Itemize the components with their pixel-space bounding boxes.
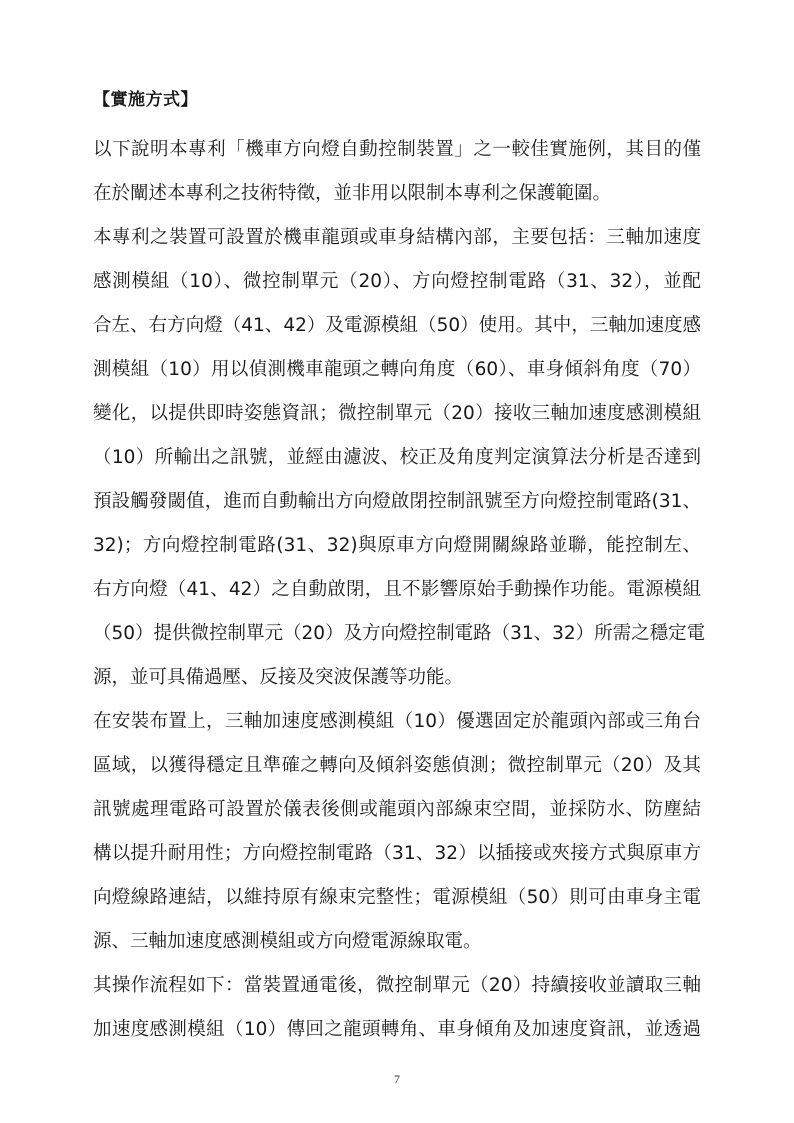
text-line: 預設觸發閾值，進而自動輸出方向燈啟閉控制訊號至方向燈控制電路(31、 — [93, 480, 701, 524]
paragraph-installation: 在安裝布置上，三軸加速度感測模組（10）優選固定於龍頭內部或三角台 區域，以獲得… — [93, 700, 701, 964]
paragraph-operation: 其操作流程如下：當裝置通電後，微控制單元（20）持續接收並讀取三軸 加速度感測模… — [93, 964, 701, 1052]
text-line: 右方向燈（41、42）之自動啟閉，且不影響原始手動操作功能。電源模組 — [93, 568, 701, 612]
text-line: 感測模組（10）、微控制單元（20）、方向燈控制電路（31、32），並配 — [93, 260, 701, 304]
text-line: 測模組（10）用以偵測機車龍頭之轉向角度（60）、車身傾斜角度（70） — [93, 348, 701, 392]
paragraph-components: 本專利之裝置可設置於機車龍頭或車身結構內部，主要包括：三軸加速度 感測模組（10… — [93, 216, 701, 700]
paragraph-intro: 以下說明本專利「機車方向燈自動控制裝置」之一較佳實施例，其目的僅 在於闡述本專利… — [93, 128, 701, 216]
text-line: 本專利之裝置可設置於機車龍頭或車身結構內部，主要包括：三軸加速度 — [93, 216, 701, 260]
text-line: 在於闡述本專利之技術特徵，並非用以限制本專利之保護範圍。 — [93, 172, 701, 216]
text-line: 區域，以獲得穩定且準確之轉向及傾斜姿態偵測；微控制單元（20）及其 — [93, 744, 701, 788]
text-line: 在安裝布置上，三軸加速度感測模組（10）優選固定於龍頭內部或三角台 — [93, 700, 701, 744]
text-line: 向燈線路連結，以維持原有線束完整性；電源模組（50）則可由車身主電 — [93, 876, 701, 920]
text-line: 訊號處理電路可設置於儀表後側或龍頭內部線束空間，並採防水、防塵結 — [93, 788, 701, 832]
text-line: 變化，以提供即時姿態資訊；微控制單元（20）接收三軸加速度感測模組 — [93, 392, 701, 436]
document-page: 【實施方式】 以下說明本專利「機車方向燈自動控制裝置」之一較佳實施例，其目的僅 … — [93, 86, 701, 1052]
text-line: （10）所輸出之訊號，並經由濾波、校正及角度判定演算法分析是否達到 — [93, 436, 701, 480]
text-line: 以下說明本專利「機車方向燈自動控制裝置」之一較佳實施例，其目的僅 — [93, 128, 701, 172]
text-line: 構以提升耐用性；方向燈控制電路（31、32）以插接或夾接方式與原車方 — [93, 832, 701, 876]
text-line: 合左、右方向燈（41、42）及電源模組（50）使用。其中，三軸加速度感 — [93, 304, 701, 348]
text-line: 加速度感測模組（10）傳回之龍頭轉角、車身傾角及加速度資訊，並透過 — [93, 1008, 701, 1052]
text-line: 源、三軸加速度感測模組或方向燈電源線取電。 — [93, 920, 701, 964]
page-number: 7 — [0, 1072, 794, 1087]
text-line: 源，並可具備過壓、反接及突波保護等功能。 — [93, 656, 701, 700]
section-heading: 【實施方式】 — [93, 86, 701, 114]
text-line: （50）提供微控制單元（20）及方向燈控制電路（31、32）所需之穩定電 — [93, 612, 701, 656]
text-line: 其操作流程如下：當裝置通電後，微控制單元（20）持續接收並讀取三軸 — [93, 964, 701, 1008]
text-line: 32)；方向燈控制電路(31、32)與原車方向燈開關線路並聯，能控制左、 — [93, 524, 701, 568]
